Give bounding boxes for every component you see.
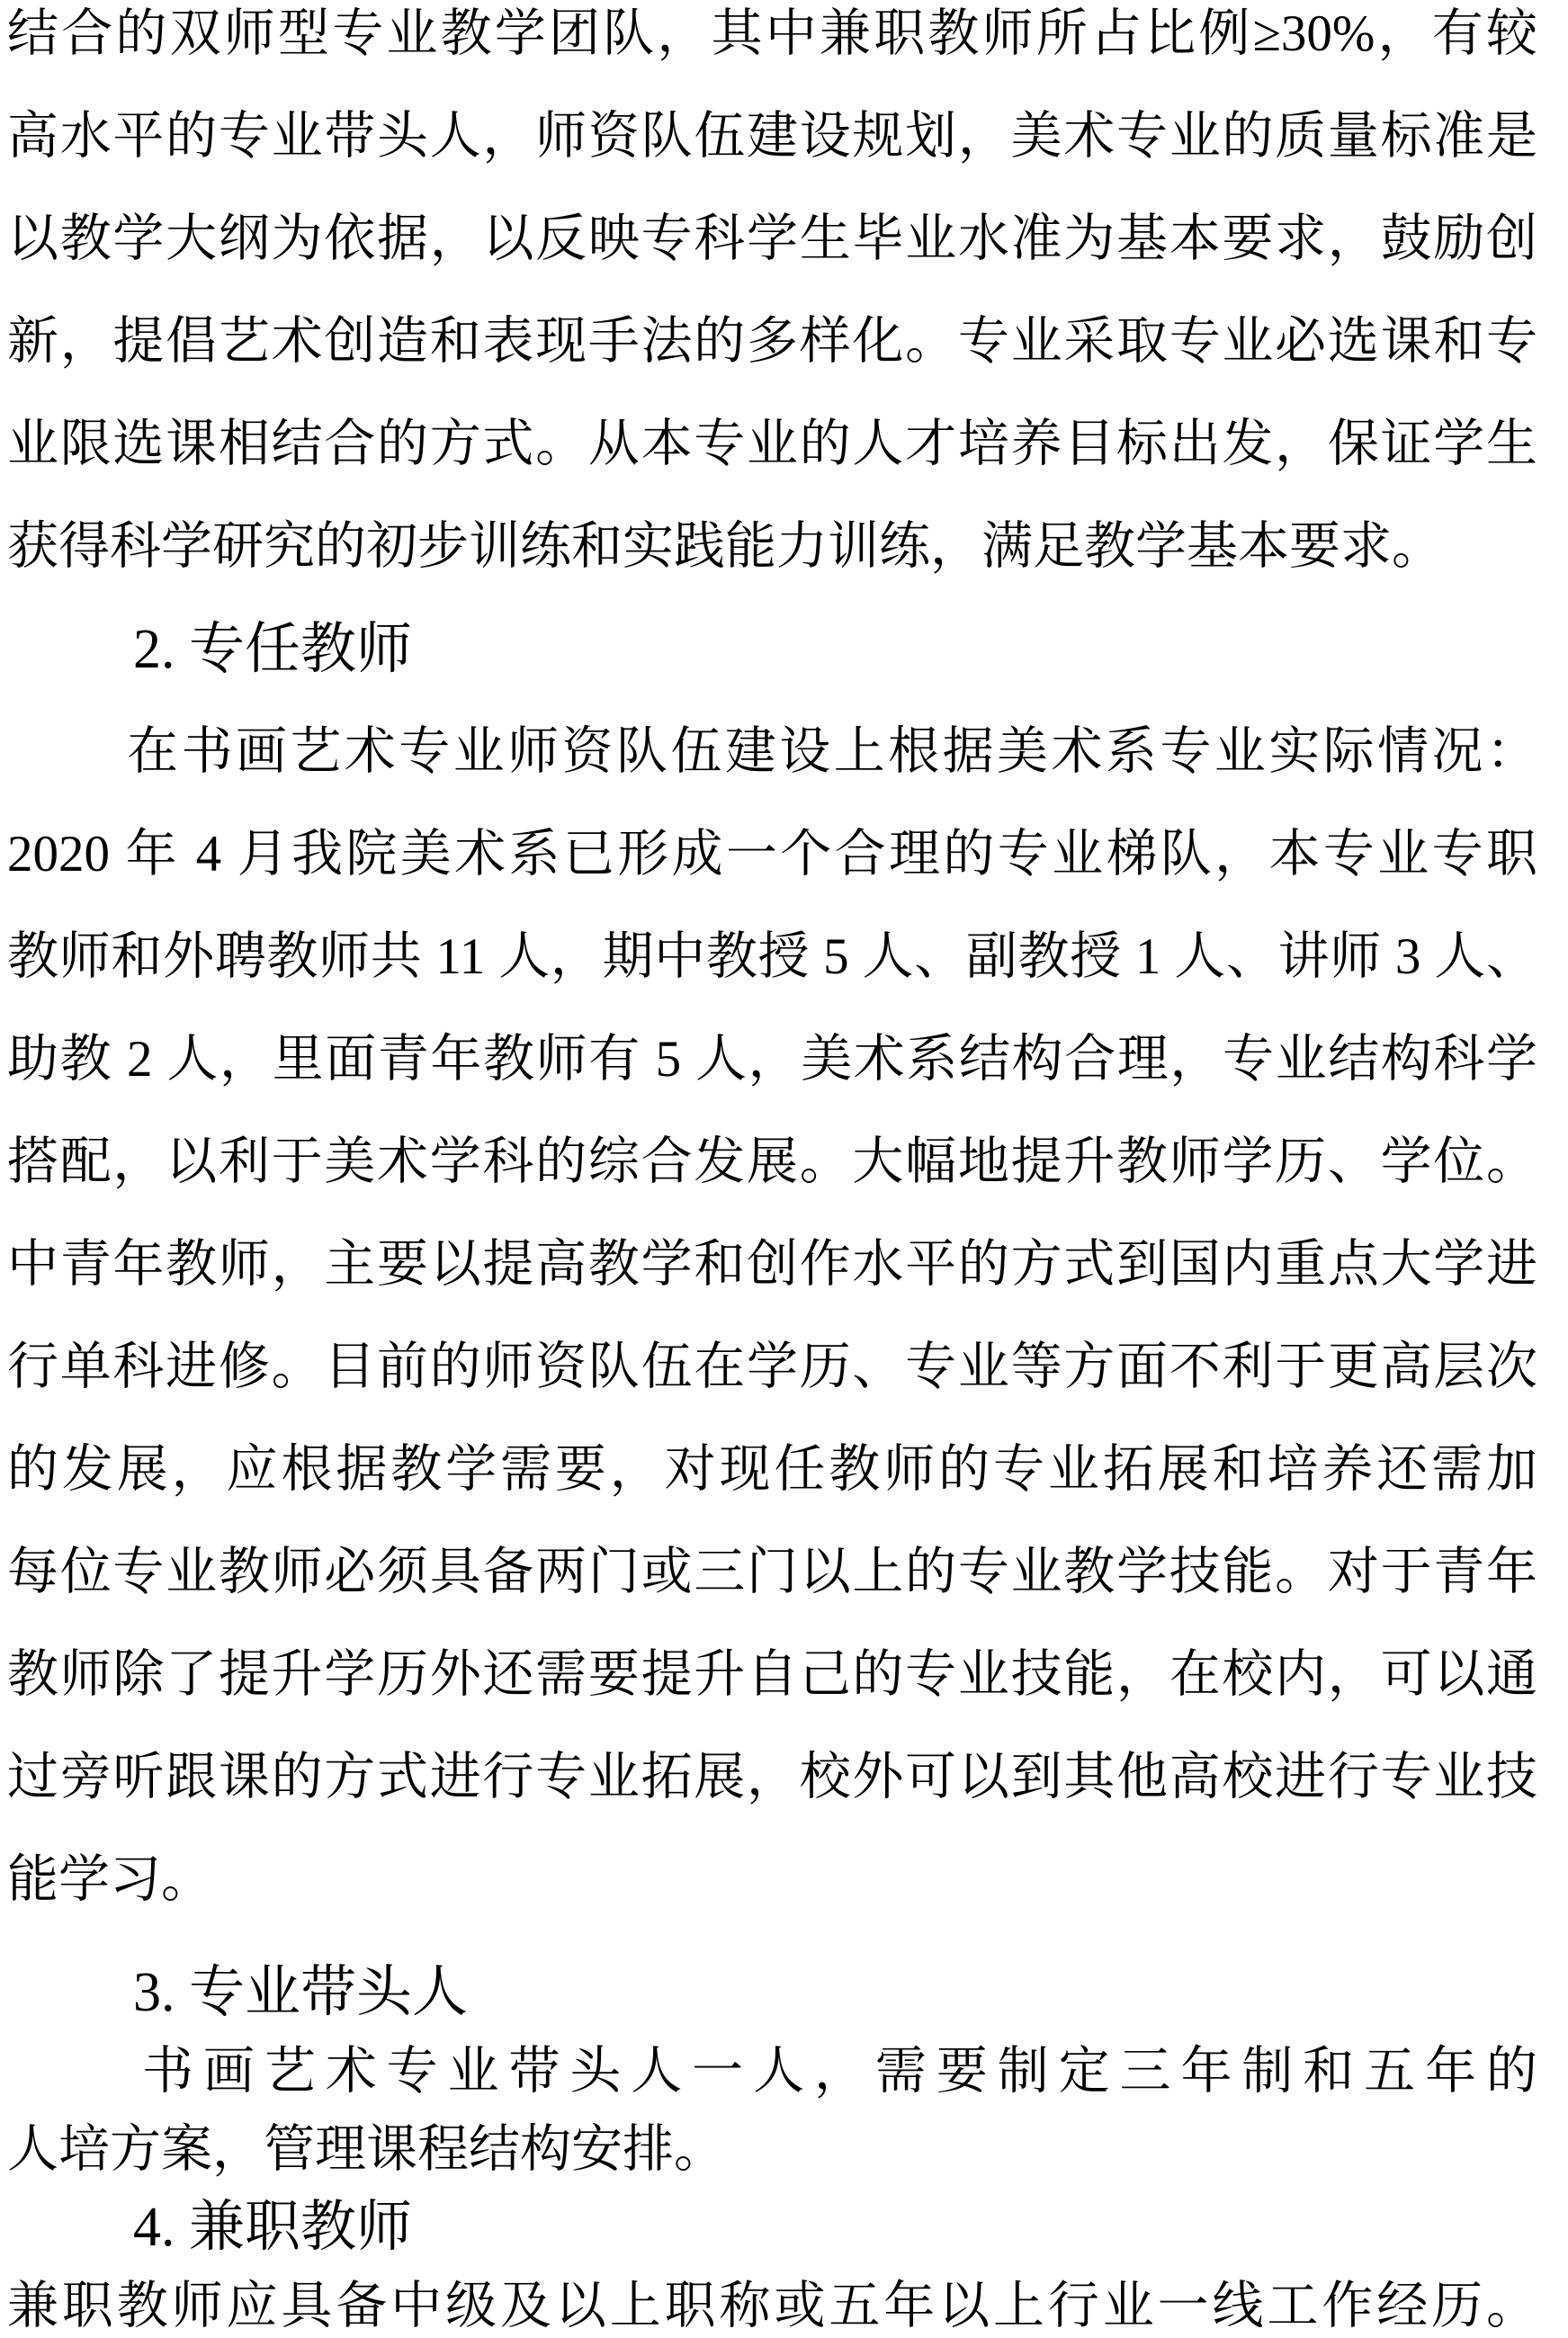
paragraph-line: 过旁听跟课的方式进行专业拓展，校外可以到其他高校进行专业技 (7, 1726, 1537, 1829)
heading-full-time-teachers: 2. 专任教师 (7, 598, 1537, 701)
heading-major-leader: 3. 专业带头人 (7, 1954, 1537, 2032)
paragraph-line: 能学习。 (7, 1829, 1537, 1931)
document-page: 结合的双师型专业教学团队，其中兼职教师所占比例≥30%，有较 高水平的专业带头人… (0, 0, 1568, 2338)
paragraph-line: 获得科学研究的初步训练和实践能力训练，满足教学基本要求。 (7, 496, 1537, 598)
heading-part-time-teachers: 4. 兼职教师 (7, 2189, 1537, 2267)
paragraph-line: 高水平的专业带头人，师资队伍建设规划，美术专业的质量标准是 (7, 85, 1537, 188)
paragraph-line: 以教学大纲为依据，以反映专科学生毕业水准为基本要求，鼓励创 (7, 188, 1537, 291)
paragraph-line: 的发展，应根据教学需要，对现任教师的专业拓展和培养还需加强， (7, 1419, 1537, 1521)
paragraph-line: 教师和外聘教师共 11 人，期中教授 5 人、副教授 1 人、讲师 3 人、 (7, 906, 1537, 1008)
paragraph-line: 新，提倡艺术创造和表现手法的多样化。专业采取专业必选课和专 (7, 291, 1537, 393)
paragraph-line: 搭配，以利于美术学科的综合发展。大幅地提升教师学历、学位。 (7, 1111, 1537, 1214)
paragraph-line: 行单科进修。目前的师资队伍在学历、专业等方面不利于更高层次 (7, 1316, 1537, 1419)
paragraph-line: 2020 年 4 月我院美术系已形成一个合理的专业梯队，本专业专职 (7, 803, 1537, 906)
paragraph-line: 中青年教师，主要以提高教学和创作水平的方式到国内重点大学进 (7, 1214, 1537, 1316)
tail-section: 3. 专业带头人 书画艺术专业带头人一人，需要制定三年制和五年的 人培方案，管理… (7, 1954, 1537, 2338)
main-section: 结合的双师型专业教学团队，其中兼职教师所占比例≥30%，有较 高水平的专业带头人… (7, 0, 1537, 1931)
paragraph-line: 结合的双师型专业教学团队，其中兼职教师所占比例≥30%，有较 (7, 0, 1537, 85)
paragraph-line: 人培方案，管理课程结构安排。 (7, 2110, 1537, 2189)
paragraph-line: 助教 2 人，里面青年教师有 5 人，美术系结构合理，专业结构科学 (7, 1008, 1537, 1111)
paragraph-line: 每位专业教师必须具备两门或三门以上的专业教学技能。对于青年 (7, 1521, 1537, 1624)
paragraph-line: 在书画艺术专业师资队伍建设上根据美术系专业实际情况： (7, 701, 1537, 803)
paragraph-line: 书画艺术专业带头人一人，需要制定三年制和五年的 (7, 2032, 1537, 2110)
paragraph-line: 业限选课相结合的方式。从本专业的人才培养目标出发，保证学生 (7, 393, 1537, 496)
paragraph-line: 兼职教师应具备中级及以上职称或五年以上行业一线工作经历。 (7, 2267, 1537, 2338)
paragraph-line: 教师除了提升学历外还需要提升自己的专业技能，在校内，可以通 (7, 1624, 1537, 1726)
